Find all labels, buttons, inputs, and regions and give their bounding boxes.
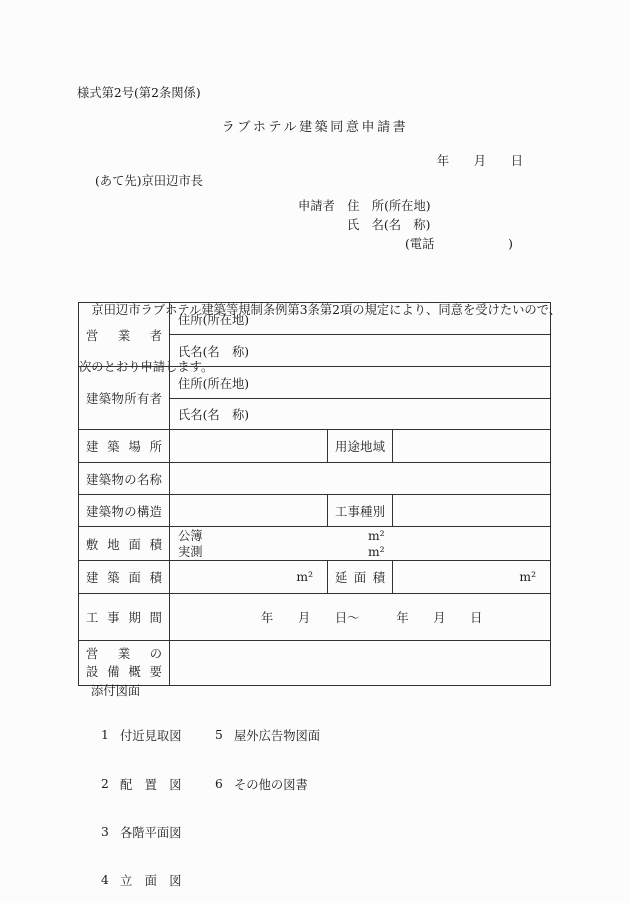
structure-value-cell — [170, 495, 328, 527]
site-area-label-cell: 敷地面積 — [79, 527, 170, 561]
operator-label: 営業者 — [86, 326, 162, 344]
owner-label: 建築物所有者 — [86, 389, 162, 407]
period-label: 工事期間 — [86, 608, 162, 626]
site-area-measured-unit: m² — [368, 544, 385, 560]
site-area-registered-unit: m² — [368, 528, 385, 544]
operator-address-cell: 住所(所在地) — [170, 303, 551, 335]
applicant-name-line: 氏 名(名 称) — [347, 215, 430, 233]
building-area-label: 建築面積 — [86, 568, 162, 586]
site-label-cell: 建築場所 — [79, 430, 170, 463]
work-type-label: 工事種別 — [335, 502, 385, 520]
form-number: 様式第2号(第2条関係) — [77, 83, 201, 101]
attachment-row: 2 配 置 図 6 その他の図書 — [101, 773, 329, 793]
building-name-value-cell — [170, 463, 551, 495]
attachment-number: 6 — [215, 777, 234, 791]
owner-name-label: 氏名(名 称) — [178, 408, 249, 422]
attachment-label: 各階平面図 — [120, 823, 215, 841]
attachment-label: 屋外広告物図面 — [234, 726, 329, 744]
period-value: 年 月 日～ 年 月 日 — [261, 611, 482, 625]
site-area-registered-label: 公簿 — [178, 528, 368, 544]
building-area-value-cell: m² — [170, 561, 328, 594]
owner-address-label: 住所(所在地) — [178, 377, 249, 391]
building-name-label: 建築物の名称 — [86, 470, 162, 488]
attachment-row: 1 付近見取図 5 屋外広告物図面 — [101, 725, 329, 745]
applicant-address-line: 申請者 住 所(所在地) — [298, 196, 431, 214]
building-area-label-cell: 建築面積 — [79, 561, 170, 594]
structure-label: 建築物の構造 — [86, 502, 162, 520]
document-page: { "header": { "form_number": "様式第2号(第2条関… — [0, 0, 630, 903]
attachment-number: 1 — [101, 728, 120, 742]
zoning-value-cell — [393, 430, 551, 463]
building-area-unit: m² — [296, 570, 313, 584]
attachment-number: 5 — [215, 728, 234, 742]
facilities-value-cell — [170, 641, 551, 686]
floor-area-unit: m² — [519, 570, 536, 584]
attachment-label: 配 置 図 — [120, 775, 215, 793]
site-area-measured-label: 実測 — [178, 544, 368, 560]
building-name-label-cell: 建築物の名称 — [79, 463, 170, 495]
facilities-label-line2: 設備概要 — [86, 663, 162, 681]
attachments-list: 1 付近見取図 5 屋外広告物図面 2 配 置 図 6 その他の図書 3 各階平… — [101, 697, 329, 903]
floor-area-value-cell: m² — [393, 561, 551, 594]
site-value-cell — [170, 430, 328, 463]
owner-name-cell: 氏名(名 称) — [170, 399, 551, 430]
site-label: 建築場所 — [86, 437, 162, 455]
attachment-label: 付近見取図 — [120, 726, 215, 744]
operator-label-cell: 営業者 — [79, 303, 170, 367]
attachment-label: その他の図書 — [234, 775, 329, 793]
operator-address-label: 住所(所在地) — [178, 313, 249, 327]
application-form-table: 営業者 住所(所在地) 氏名(名 称) 建築物所有者 住所(所在地) 氏名(名 … — [78, 302, 551, 686]
attachment-number: 3 — [101, 825, 120, 839]
attachment-number: 4 — [101, 873, 120, 887]
work-type-label-cell: 工事種別 — [328, 495, 393, 527]
facilities-label-line1: 営業の — [86, 645, 162, 663]
zoning-label-cell: 用途地域 — [328, 430, 393, 463]
page-title: ラブホテル建築同意申請書 — [0, 116, 630, 135]
period-label-cell: 工事期間 — [79, 594, 170, 641]
floor-area-label-cell: 延面積 — [328, 561, 393, 594]
attachment-row: 4 立 面 図 — [101, 870, 329, 890]
addressee-line: (あて先)京田辺市長 — [95, 171, 203, 189]
attachment-number: 2 — [101, 777, 120, 791]
operator-name-cell: 氏名(名 称) — [170, 335, 551, 367]
attachment-row: 3 各階平面図 — [101, 822, 329, 842]
facilities-label-cell: 営業の 設備概要 — [79, 641, 170, 686]
structure-label-cell: 建築物の構造 — [79, 495, 170, 527]
operator-name-label: 氏名(名 称) — [178, 345, 249, 359]
site-area-label: 敷地面積 — [86, 535, 162, 553]
site-area-value-cell: 公簿 m² 実測 m² — [170, 527, 551, 561]
attachment-label: 立 面 図 — [120, 871, 215, 889]
date-line: 年 月 日 — [0, 151, 630, 169]
owner-label-cell: 建築物所有者 — [79, 367, 170, 430]
zoning-label: 用途地域 — [335, 437, 385, 455]
work-type-value-cell — [393, 495, 551, 527]
floor-area-label: 延面積 — [335, 568, 385, 586]
applicant-phone-line: (電話 ) — [405, 234, 513, 252]
owner-address-cell: 住所(所在地) — [170, 367, 551, 399]
period-value-cell: 年 月 日～ 年 月 日 — [170, 594, 551, 641]
